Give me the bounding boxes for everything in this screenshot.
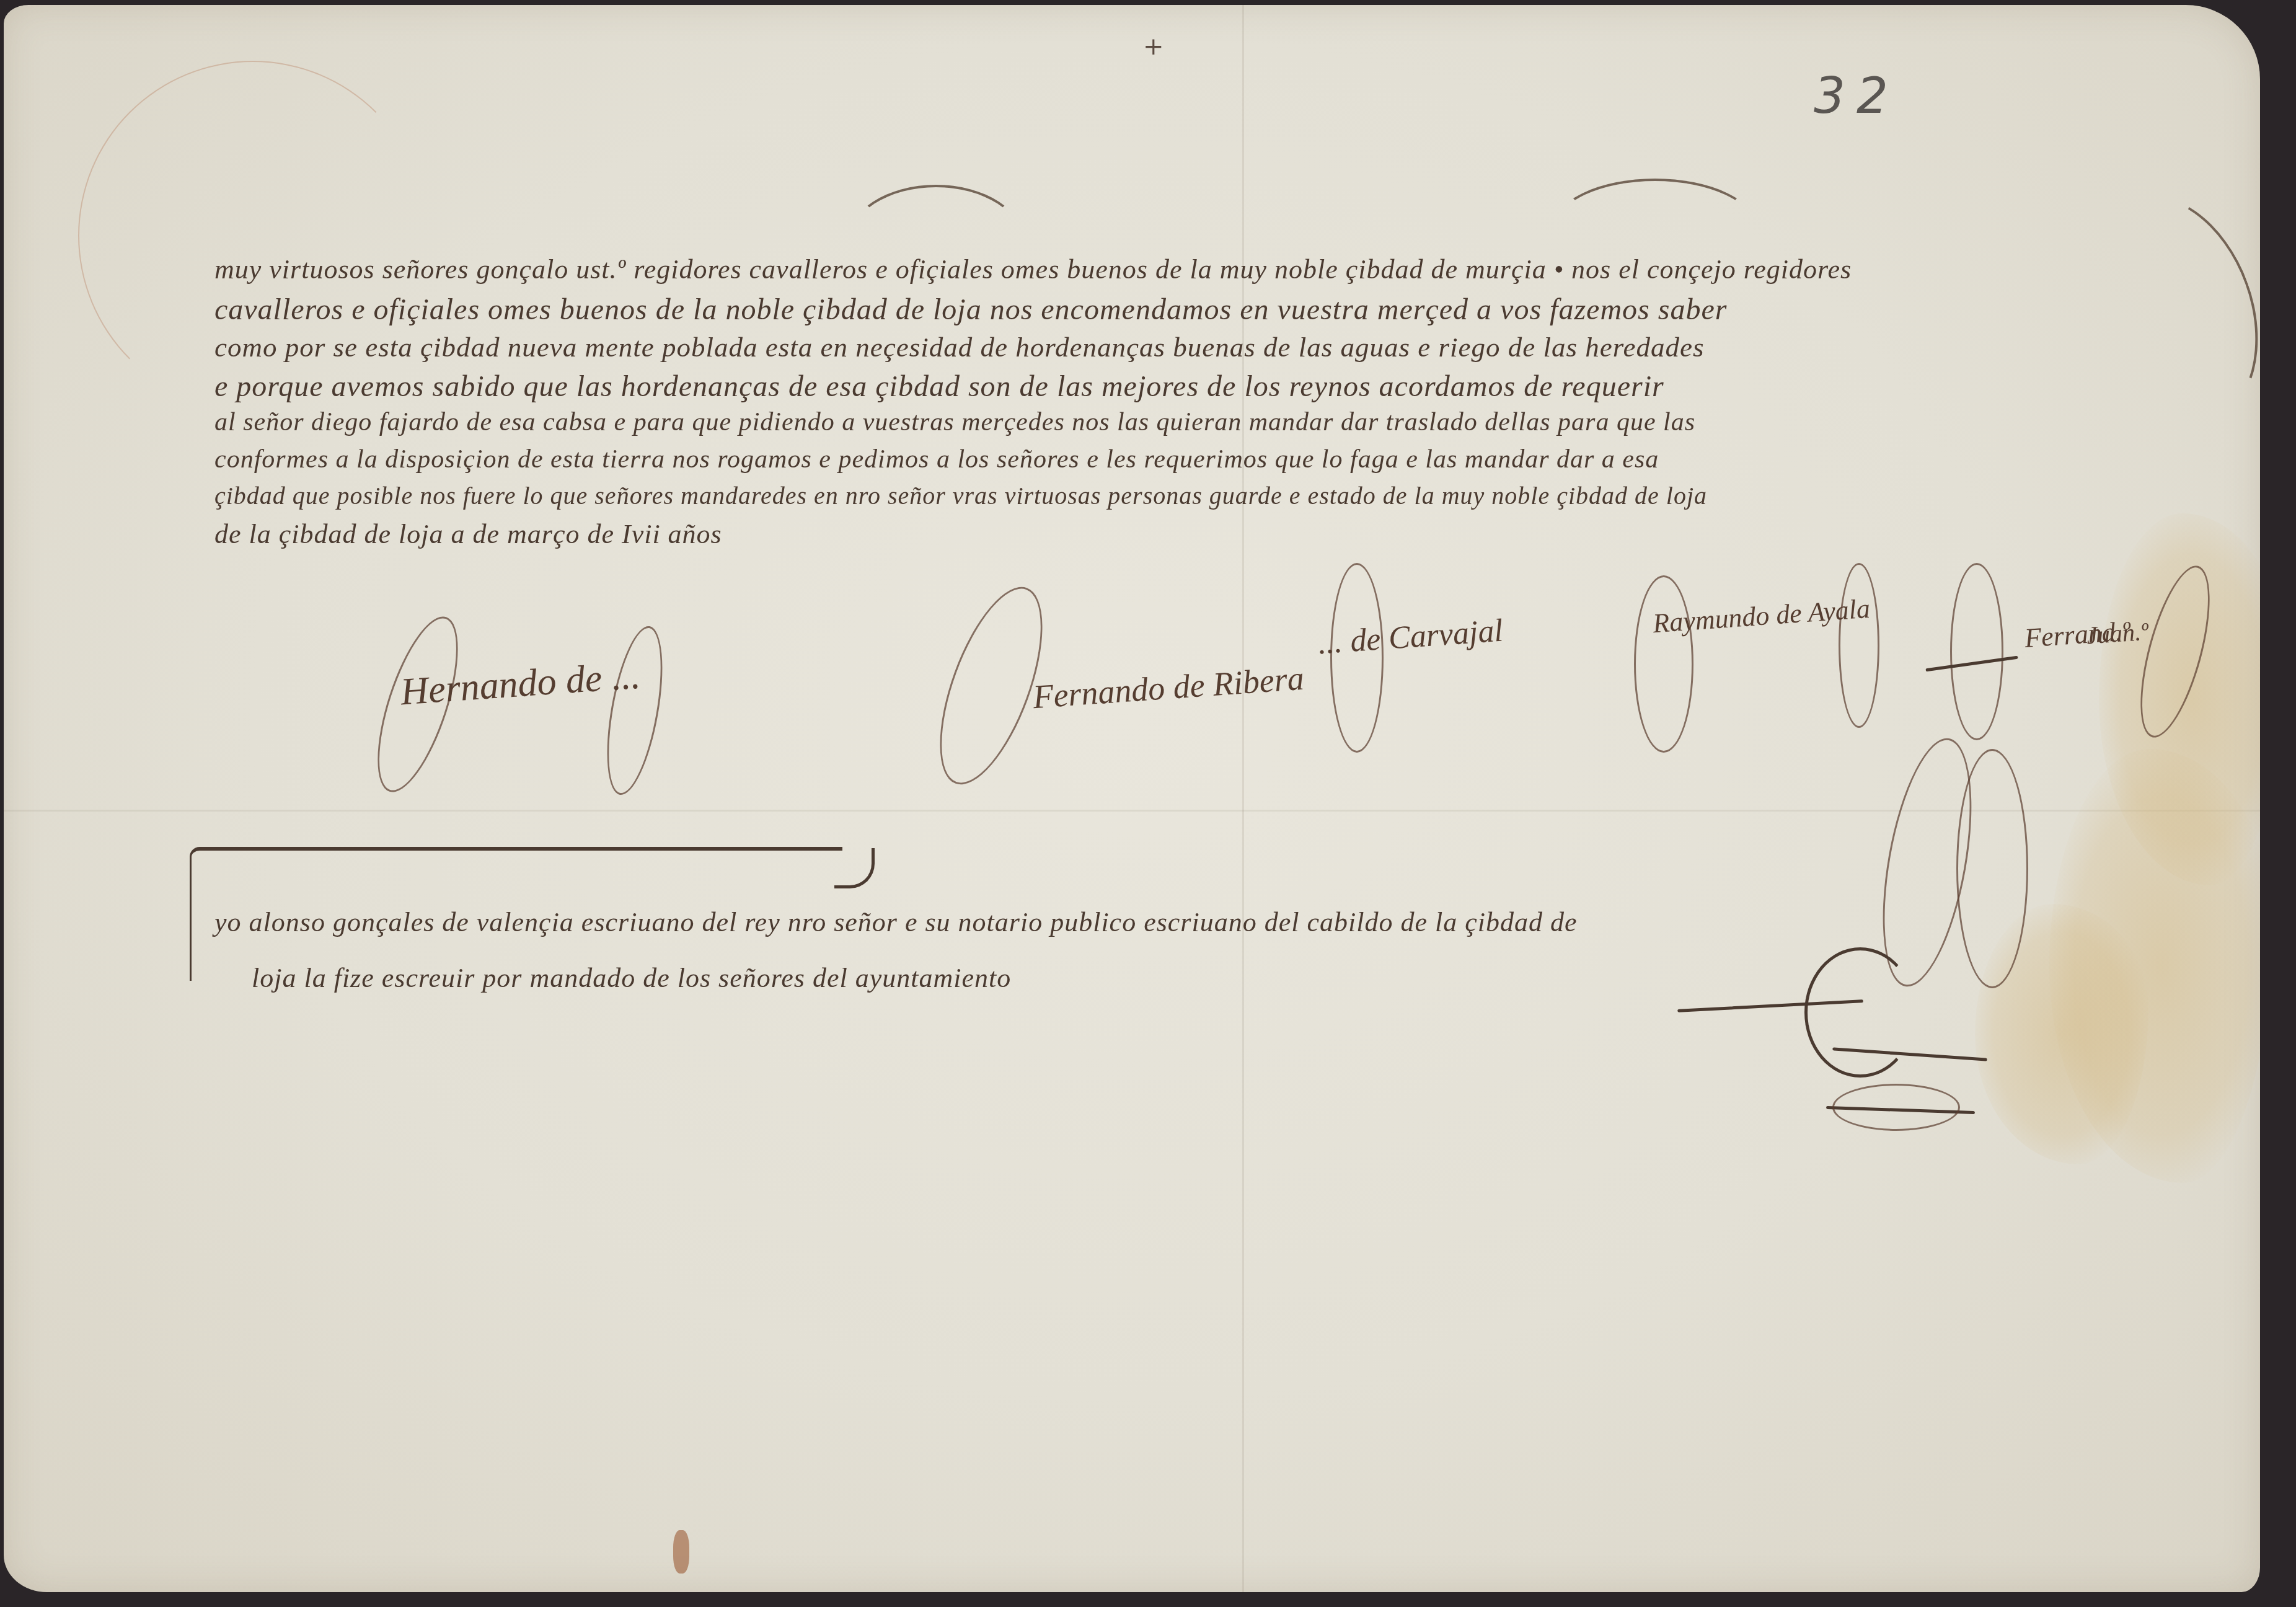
signature: Fernando de Ribera [1031,659,1305,716]
signature-flourish [1956,749,2028,988]
folio-number: 32 [1814,67,1899,125]
ascender-flourish [2051,170,2260,453]
notarial-line: yo alonso gonçales de valençia escriuano… [214,909,1577,936]
signature: Juan.º [2085,617,2149,650]
signature-flourish [597,622,673,799]
body-line: muy virtuosos señores gonçalo ust.º regi… [214,256,1852,283]
top-cross-mark: + [1143,32,1164,61]
body-line: e porque avemos sabido que las hordenanç… [214,372,1664,402]
vertical-fold-crease [1242,5,1244,1592]
notarial-bracket-tail [834,848,875,888]
signature-flourish [1634,575,1693,753]
manuscript-page: + 32 muy virtuosos señores gonçalo ust.º… [4,5,2260,1592]
rubric-loop [1832,1084,1960,1131]
notarial-line: loja la fize escreuir por mandado de los… [252,965,1011,992]
body-line: de la çibdad de loja a de março de Ivii … [214,521,722,548]
body-line: cavalleros e ofiçiales omes buenos de la… [214,295,1727,325]
ink-blot [673,1530,689,1574]
body-line: çibdad que posible nos fuere lo que seño… [214,484,1707,508]
body-line: conformes a la disposiçion de esta tierr… [214,446,1659,472]
body-line: al señor diego fajardo de esa cabsa e pa… [214,409,1695,435]
signature-flourish [1950,563,2003,740]
body-line: como por se esta çibdad nueva mente pobl… [214,334,1704,361]
rubric-loop [1804,947,1916,1078]
